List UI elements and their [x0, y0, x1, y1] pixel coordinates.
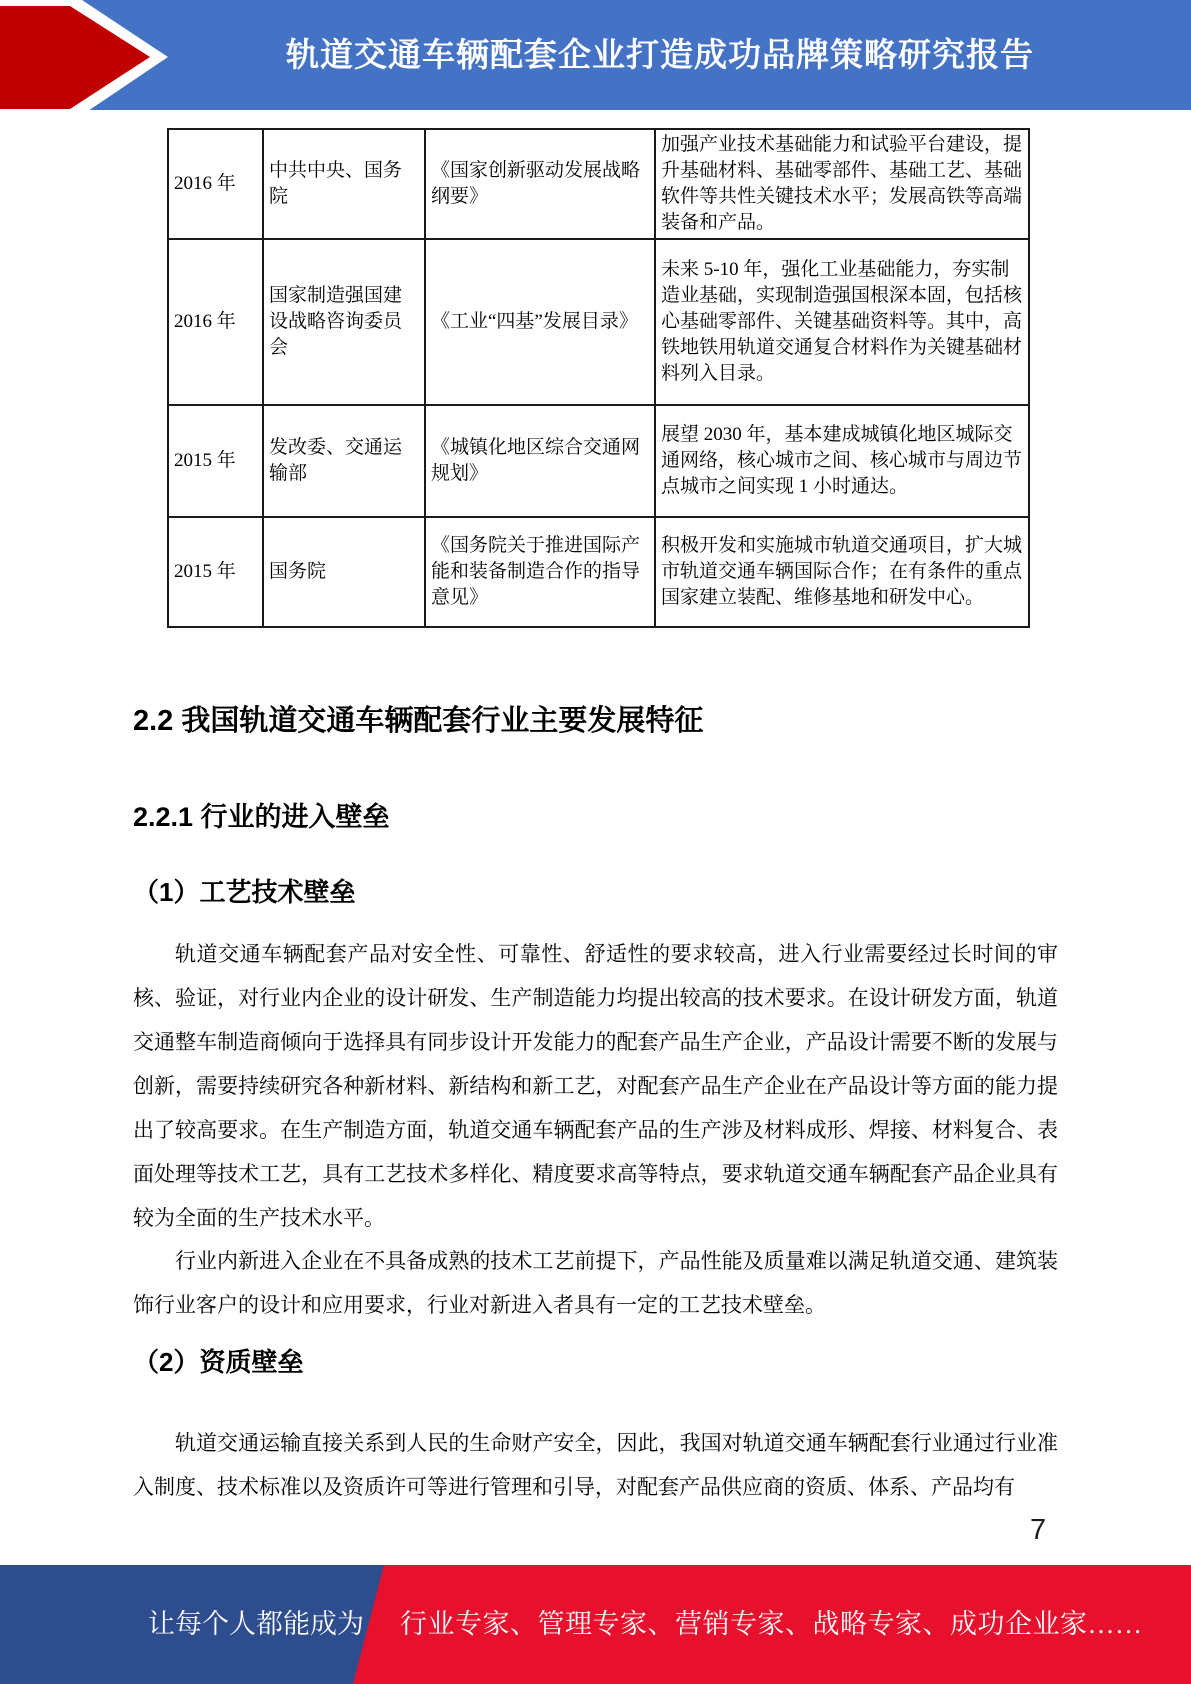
body-paragraph-1: 轨道交通车辆配套产品对安全性、可靠性、舒适性的要求较高，进入行业需要经过长时间的… — [133, 932, 1058, 1240]
cell-issuer: 国家制造强国建设战略咨询委员会 — [263, 239, 425, 405]
cell-year: 2016 年 — [168, 239, 263, 405]
cell-content: 未来 5-10 年，强化工业基础能力，夯实制造业基础，实现制造强国根深本固，包括… — [655, 239, 1029, 405]
footer-slogan-right: 行业专家、管理专家、营销专家、战略专家、成功企业家…… — [400, 1565, 1143, 1684]
cell-content: 展望 2030 年，基本建成城镇化地区城际交通网络，核心城市之间、核心城市与周边… — [655, 405, 1029, 517]
footer-slogan-left: 让每个人都能成为 — [148, 1565, 364, 1684]
section-heading-2-2-1: 2.2.1 行业的进入壁垒 — [133, 795, 1058, 834]
cell-year: 2015 年 — [168, 405, 263, 517]
cell-document: 《国务院关于推进国际产能和装备制造合作的指导意见》 — [425, 517, 655, 627]
page-number: 7 — [1030, 1514, 1046, 1547]
header-banner: 轨道交通车辆配套企业打造成功品牌策略研究报告 — [0, 0, 1191, 110]
subsection-heading-2: （2）资质壁垒 — [133, 1342, 1058, 1379]
cell-issuer: 发改委、交通运输部 — [263, 405, 425, 517]
cell-issuer: 中共中央、国务院 — [263, 129, 425, 239]
cell-document: 《工业“四基”发展目录》 — [425, 239, 655, 405]
table-row: 2016 年 国家制造强国建设战略咨询委员会 《工业“四基”发展目录》 未来 5… — [168, 239, 1029, 405]
body-paragraph-3: 轨道交通运输直接关系到人民的生命财产安全，因此，我国对轨道交通车辆配套行业通过行… — [133, 1421, 1058, 1509]
cell-year: 2016 年 — [168, 129, 263, 239]
subsection-heading-1: （1）工艺技术壁垒 — [133, 872, 1058, 909]
table-row: 2015 年 发改委、交通运输部 《城镇化地区综合交通网规划》 展望 2030 … — [168, 405, 1029, 517]
cell-document: 《城镇化地区综合交通网规划》 — [425, 405, 655, 517]
report-title: 轨道交通车辆配套企业打造成功品牌策略研究报告 — [180, 0, 1140, 110]
policy-table: 2016 年 中共中央、国务院 《国家创新驱动发展战略纲要》 加强产业技术基础能… — [167, 128, 1030, 628]
red-chevron-arrow-icon — [0, 0, 175, 120]
footer-band: 让每个人都能成为 行业专家、管理专家、营销专家、战略专家、成功企业家…… — [0, 1565, 1191, 1684]
cell-content: 加强产业技术基础能力和试验平台建设，提升基础材料、基础零部件、基础工艺、基础软件… — [655, 129, 1029, 239]
cell-issuer: 国务院 — [263, 517, 425, 627]
body-paragraph-2: 行业内新进入企业在不具备成熟的技术工艺前提下，产品性能及质量难以满足轨道交通、建… — [133, 1239, 1058, 1327]
section-heading-2-2: 2.2 我国轨道交通车辆配套行业主要发展特征 — [133, 698, 1058, 739]
cell-content: 积极开发和实施城市轨道交通项目，扩大城市轨道交通车辆国际合作；在有条件的重点国家… — [655, 517, 1029, 627]
cell-year: 2015 年 — [168, 517, 263, 627]
table-row: 2016 年 中共中央、国务院 《国家创新驱动发展战略纲要》 加强产业技术基础能… — [168, 129, 1029, 239]
table-row: 2015 年 国务院 《国务院关于推进国际产能和装备制造合作的指导意见》 积极开… — [168, 517, 1029, 627]
cell-document: 《国家创新驱动发展战略纲要》 — [425, 129, 655, 239]
